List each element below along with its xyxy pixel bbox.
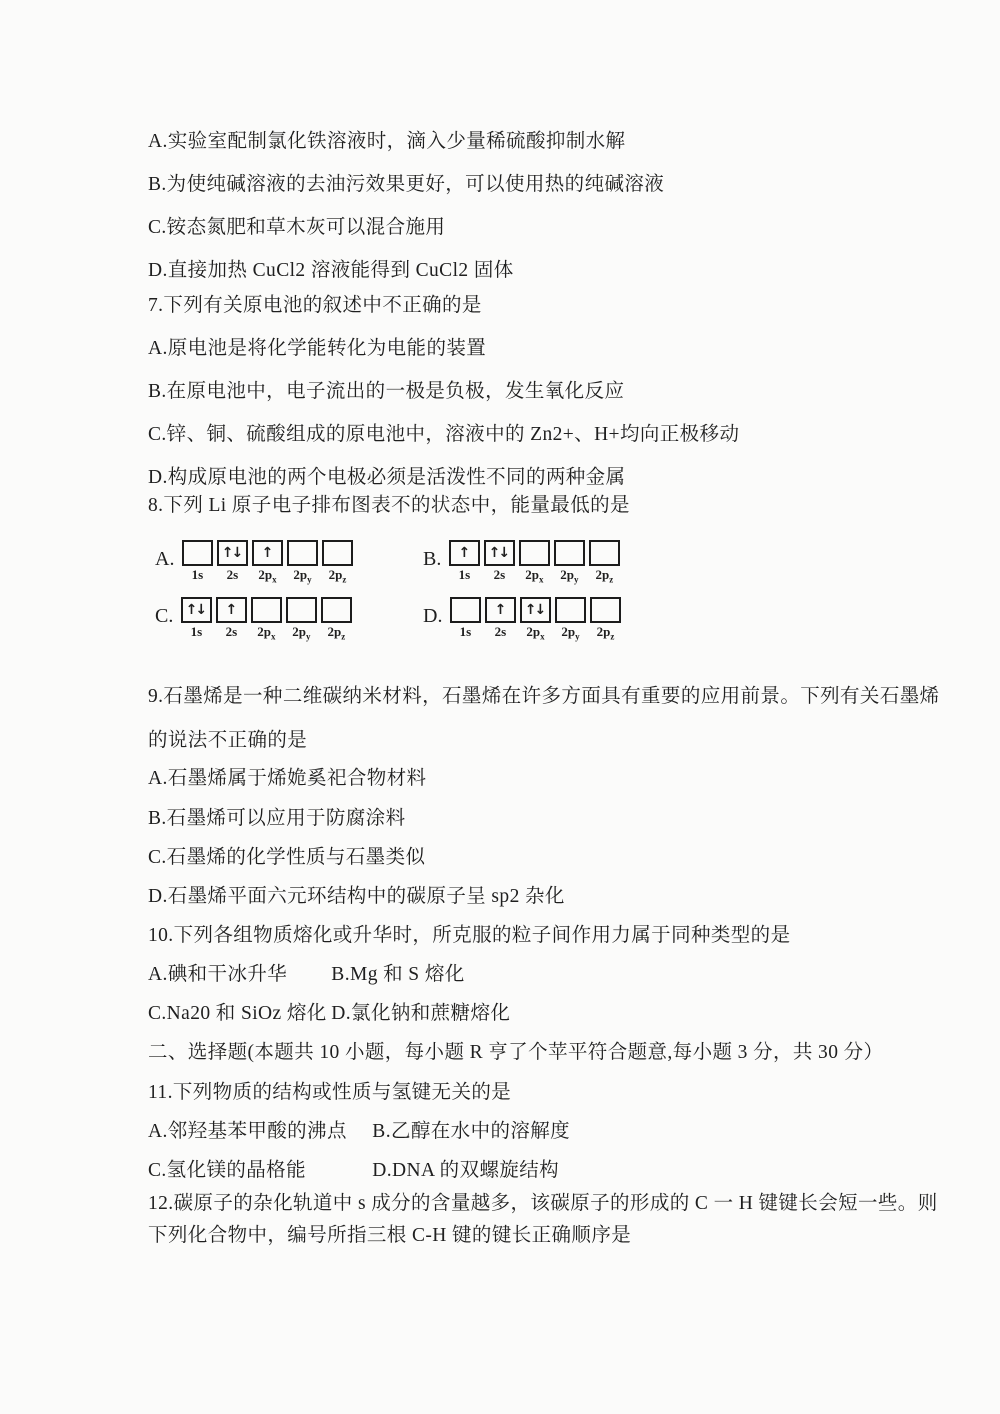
orbital-box: [555, 597, 586, 623]
q10-option-c: C.Na20 和 SiOz 熔化: [148, 1003, 326, 1025]
orbital-box: ↑↓: [181, 597, 212, 623]
orbital-label: 2px: [525, 568, 543, 587]
orbital-box: [321, 597, 352, 623]
q10-option-a: A.碘和干冰升华: [148, 964, 326, 986]
q10-options-row2: C.Na20 和 SiOz 熔化 D.氯化钠和蔗糖熔化: [148, 1003, 910, 1025]
q7-option-b: B.在原电池中，电子流出的一极是负极，发生氧化反应: [148, 381, 910, 403]
exam-content: A.实验室配制氯化铁溶液时，滴入少量稀硫酸抑制水解 B.为使纯碱溶液的去油污效果…: [148, 131, 910, 1247]
q11-option-d: D.DNA 的双螺旋结构: [372, 1160, 559, 1181]
q11-options-row1: A.邻羟基苯甲酸的沸点 B.乙醇在水中的溶解度: [148, 1121, 910, 1143]
orbital-label: 2px: [526, 625, 544, 644]
q10-option-b: B.Mg 和 S 熔化: [331, 964, 464, 985]
orbital-label: 2py: [561, 625, 579, 644]
orbital-box: [590, 597, 621, 623]
orbital-label: 1s: [192, 568, 204, 587]
orbital-label: 2s: [495, 625, 507, 644]
orbital-label: 2pz: [597, 625, 615, 644]
orbital-label: 1s: [460, 625, 472, 644]
orbital-label: 1s: [191, 625, 203, 644]
orbital-label: 1s: [459, 568, 471, 587]
orbital-diagram-c: C. ↑↓1s ↑2s 2px 2py 2pz: [155, 597, 423, 644]
orbital-box: ↑↓: [484, 540, 515, 566]
orbital-box: ↑: [449, 540, 480, 566]
orbital-box: [554, 540, 585, 566]
orbital-box: [251, 597, 282, 623]
q11-options-row2: C.氢化镁的晶格能 D.DNA 的双螺旋结构: [148, 1160, 910, 1182]
q6-option-a: A.实验室配制氯化铁溶液时，滴入少量稀硫酸抑制水解: [148, 131, 910, 153]
orbital-box: ↑: [485, 597, 516, 623]
q7-option-c: C.锌、铜、硫酸组成的原电池中，溶液中的 Zn2+、H+均向正极移动: [148, 424, 910, 446]
diagram-c-boxes: ↑↓1s ↑2s 2px 2py 2pz: [180, 597, 352, 644]
q7-option-a: A.原电池是将化学能转化为电能的装置: [148, 338, 910, 360]
orbital-box: [182, 540, 213, 566]
orbital-box: [322, 540, 353, 566]
section2-header: 二、选择题(本题共 10 小题，每小题 R 亨了个苹平符合题意,每小题 3 分，…: [148, 1042, 910, 1064]
orbital-box: [287, 540, 318, 566]
orbital-label: 2py: [560, 568, 578, 587]
q11-option-b: B.乙醇在水中的溶解度: [372, 1121, 570, 1142]
q8-orbital-diagrams: A. 1s ↑↓2s ↑2px 2py 2pz B. ↑1s ↑↓2s 2px …: [148, 540, 910, 643]
q9-option-b: B.石墨烯可以应用于防腐涂料: [148, 808, 910, 830]
diagram-b-boxes: ↑1s ↑↓2s 2px 2py 2pz: [448, 540, 620, 587]
orbital-box: [589, 540, 620, 566]
q11-option-c: C.氢化镁的晶格能: [148, 1160, 367, 1182]
q9-stem-line1: 9.石墨烯是一种二维碳纳米材料，石墨烯在许多方面具有重要的应用前景。下列有关石墨…: [148, 686, 910, 708]
q9-option-a: A.石墨烯属于烯姽奚祀合物材料: [148, 768, 910, 790]
orbital-box: ↑↓: [217, 540, 248, 566]
orbital-label: 2s: [226, 625, 238, 644]
q10-options-row1: A.碘和干冰升华 B.Mg 和 S 熔化: [148, 964, 910, 986]
diagram-d-boxes: 1s ↑2s ↑↓2px 2py 2pz: [449, 597, 621, 644]
orbital-label: 2px: [258, 568, 276, 587]
orbital-diagram-b: B. ↑1s ↑↓2s 2px 2py 2pz: [423, 540, 910, 587]
diagram-a-label: A.: [155, 548, 174, 570]
diagram-b-label: B.: [423, 548, 441, 570]
q9-stem-line2: 的说法不正确的是: [148, 730, 910, 752]
orbital-diagram-d: D. 1s ↑2s ↑↓2px 2py 2pz: [423, 597, 910, 644]
orbital-label: 2s: [494, 568, 506, 587]
q7-option-d: D.构成原电池的两个电极必须是活泼性不同的两种金属: [148, 467, 910, 489]
q8-stem: 8.下列 Li 原子电子排布图表不的状态中，能量最低的是: [148, 495, 910, 517]
scanned-exam-page: A.实验室配制氯化铁溶液时，滴入少量稀硫酸抑制水解 B.为使纯碱溶液的去油污效果…: [0, 0, 1000, 1414]
diagram-d-label: D.: [423, 605, 442, 627]
orbital-box: [519, 540, 550, 566]
orbital-box: ↑↓: [520, 597, 551, 623]
diagram-a-boxes: 1s ↑↓2s ↑2px 2py 2pz: [181, 540, 353, 587]
orbital-box: ↑: [252, 540, 283, 566]
q11-stem: 11.下列物质的结构或性质与氢键无关的是: [148, 1082, 910, 1104]
orbital-label: 2s: [227, 568, 239, 587]
q12-stem-line2: 下列化合物中，编号所指三根 C-H 键的键长正确顺序是: [148, 1225, 910, 1247]
q10-stem: 10.下列各组物质熔化或升华时，所克服的粒子间作用力属于同种类型的是: [148, 925, 910, 947]
orbital-box: [286, 597, 317, 623]
orbital-label: 2pz: [595, 568, 613, 587]
q6-option-d: D.直接加热 CuCl2 溶液能得到 CuCl2 固体: [148, 260, 910, 282]
orbital-label: 2pz: [327, 625, 345, 644]
orbital-box: [450, 597, 481, 623]
q9-option-c: C.石墨烯的化学性质与石墨类似: [148, 847, 910, 869]
orbital-label: 2py: [292, 625, 310, 644]
q6-option-b: B.为使纯碱溶液的去油污效果更好，可以使用热的纯碱溶液: [148, 174, 910, 196]
diagram-c-label: C.: [155, 605, 173, 627]
q6-option-c: C.铵态氮肥和草木灰可以混合施用: [148, 217, 910, 239]
q9-option-d: D.石墨烯平面六元环结构中的碳原子呈 sp2 杂化: [148, 886, 910, 908]
orbital-box: ↑: [216, 597, 247, 623]
q11-option-a: A.邻羟基苯甲酸的沸点: [148, 1121, 367, 1143]
orbital-label: 2pz: [329, 568, 347, 587]
q7-stem: 7.下列有关原电池的叙述中不正确的是: [148, 295, 910, 317]
orbital-label: 2px: [257, 625, 275, 644]
q10-option-d: D.氯化钠和蔗糖熔化: [331, 1003, 510, 1024]
q12-stem-line1: 12.碳原子的杂化轨道中 s 成分的含量越多，该碳原子的形成的 C 一 H 键键…: [148, 1193, 910, 1215]
orbital-label: 2py: [293, 568, 311, 587]
orbital-diagram-a: A. 1s ↑↓2s ↑2px 2py 2pz: [155, 540, 423, 587]
